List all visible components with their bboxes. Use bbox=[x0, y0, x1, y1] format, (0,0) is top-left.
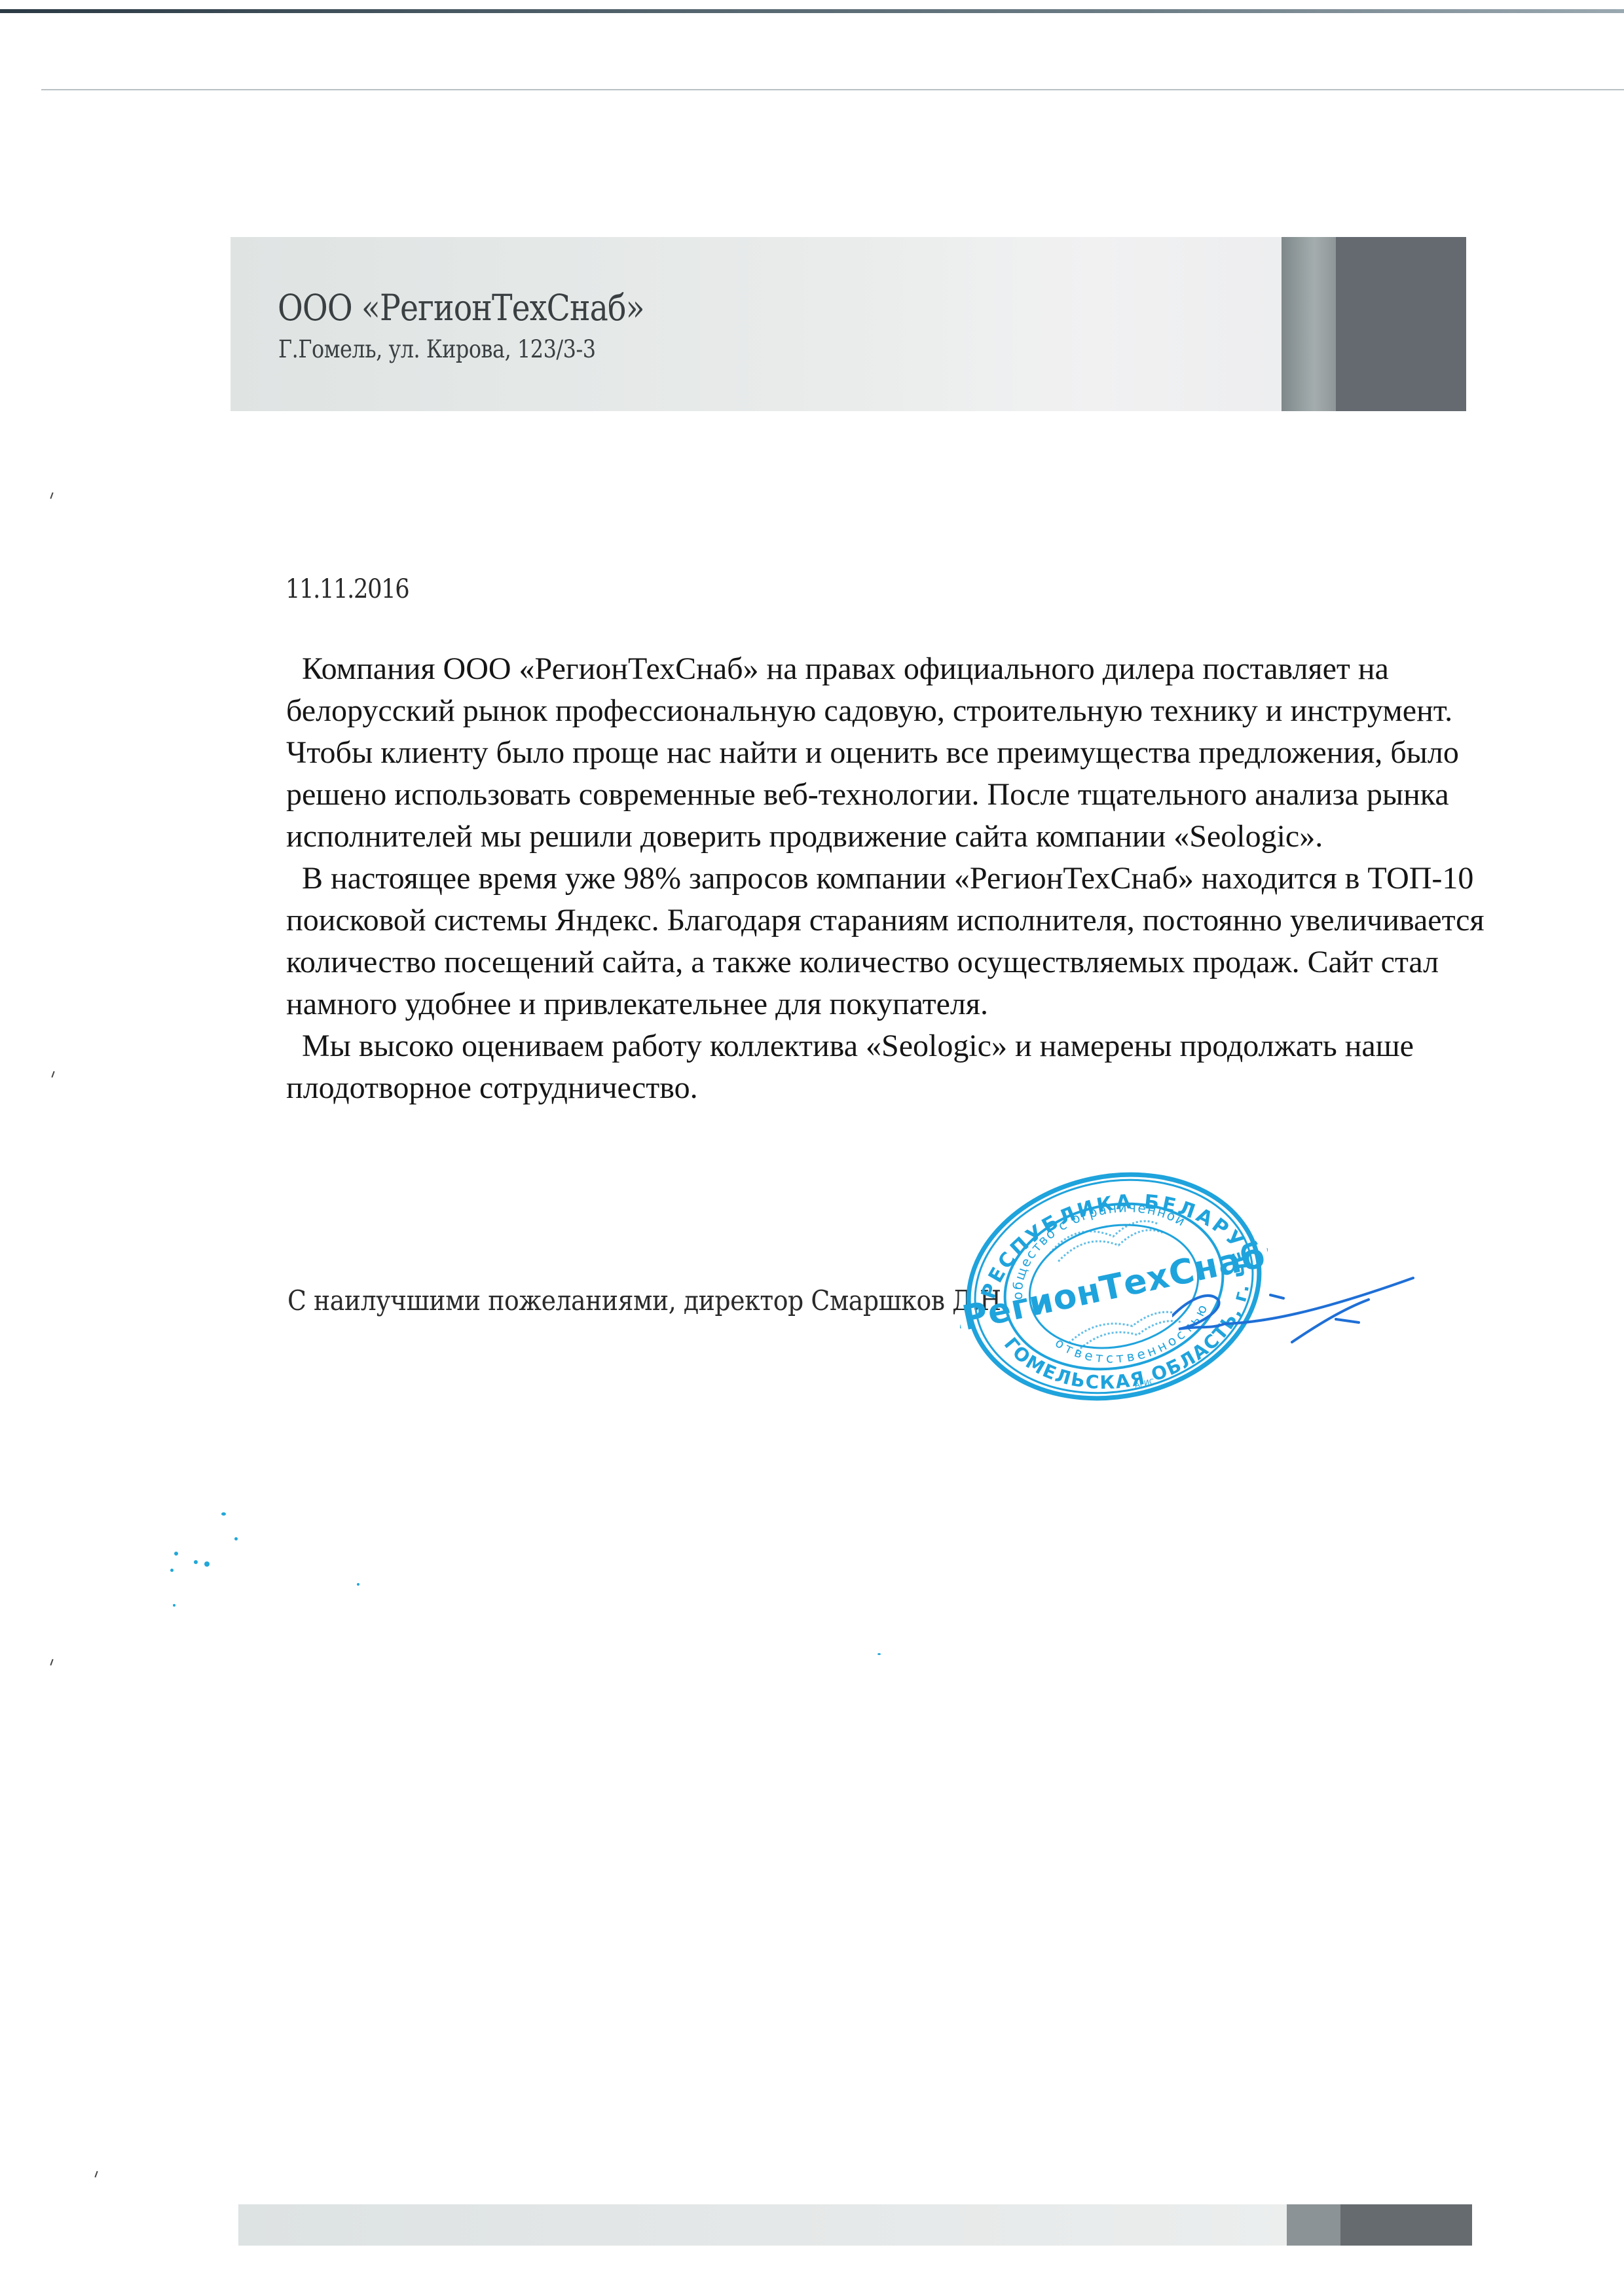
body-line: исполнителей мы решили доверить продвиже… bbox=[286, 816, 1465, 858]
footer-stripe-mid bbox=[1287, 2204, 1340, 2246]
body-line: намного удобнее и привлекательнее для по… bbox=[286, 983, 1465, 1025]
ink-speck bbox=[174, 1552, 178, 1556]
company-name: ООО «РегионТехСнаб» bbox=[278, 287, 644, 329]
scan-edge-top bbox=[0, 9, 1624, 13]
body-line: белорусский рынок профессиональную садов… bbox=[286, 690, 1465, 732]
letterhead-stripe-mid bbox=[1282, 237, 1336, 411]
body-line: поисковой системы Яндекс. Благодаря стар… bbox=[286, 900, 1465, 941]
ink-speck bbox=[194, 1560, 198, 1564]
ink-speck bbox=[204, 1561, 210, 1567]
ink-speck bbox=[877, 1653, 881, 1655]
ink-speck bbox=[170, 1569, 174, 1572]
ink-speck bbox=[234, 1537, 238, 1540]
company-address: Г.Гомель, ул. Кирова, 123/3-3 bbox=[278, 335, 596, 363]
letter-date: 11.11.2016 bbox=[286, 574, 409, 604]
ink-speck bbox=[357, 1583, 360, 1586]
body-line: Чтобы клиенту было проще нас найти и оце… bbox=[286, 732, 1465, 774]
body-line: Мы высоко оцениваем работу коллектива «S… bbox=[286, 1025, 1465, 1067]
director-signature-icon bbox=[1172, 1264, 1434, 1355]
ink-speck bbox=[221, 1512, 226, 1516]
body-line: количество посещений сайта, а также коли… bbox=[286, 941, 1465, 983]
scan-edge-line bbox=[41, 89, 1624, 90]
margin-mark bbox=[50, 1659, 53, 1666]
ink-speck bbox=[173, 1604, 175, 1607]
footer-stripe-dark bbox=[1340, 2204, 1472, 2246]
body-line: Компания ООО «РегионТехСнаб» на правах о… bbox=[286, 648, 1465, 690]
margin-mark bbox=[50, 492, 53, 499]
body-line: решено использовать современные веб-техн… bbox=[286, 774, 1465, 816]
margin-mark bbox=[51, 1071, 54, 1078]
body-line: В настоящее время уже 98% запросов компа… bbox=[286, 858, 1465, 900]
closing-signoff: С наилучшими пожеланиями, директор Смарш… bbox=[287, 1285, 1008, 1317]
letterhead-stripe-dark bbox=[1336, 237, 1466, 411]
body-line: плодотворное сотрудничество. bbox=[286, 1067, 1465, 1109]
margin-mark bbox=[94, 2171, 98, 2178]
letter-body: Компания ООО «РегионТехСнаб» на правах о… bbox=[286, 648, 1465, 1109]
